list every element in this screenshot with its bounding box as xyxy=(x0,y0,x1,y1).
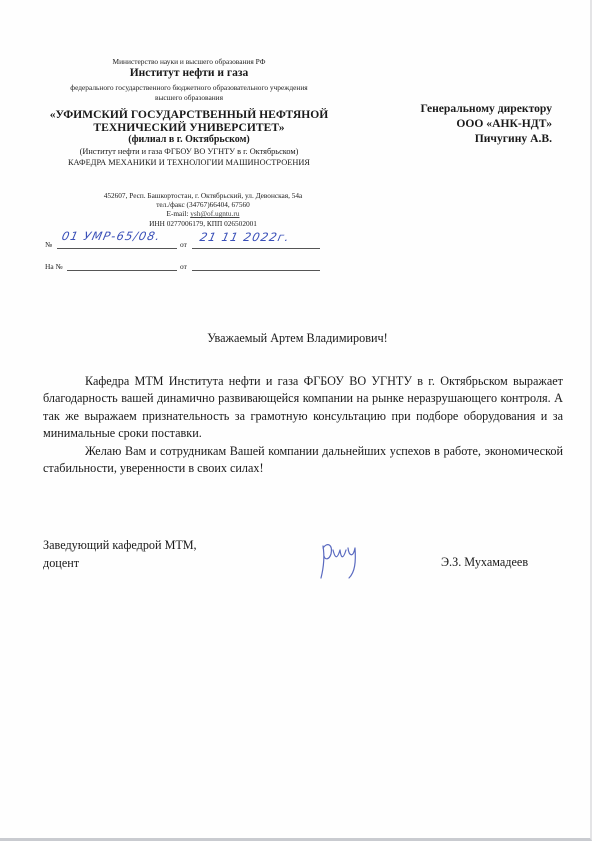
federal-line-1: федерального государственного бюджетного… xyxy=(36,83,342,93)
date-label: от xyxy=(180,240,187,249)
reply-date-field xyxy=(192,258,320,271)
address: 452607, Респ. Башкортостан, г. Октябрьск… xyxy=(58,191,348,200)
institute-name: Институт нефти и газа xyxy=(36,67,342,79)
signature-icon xyxy=(315,532,375,582)
university-line-2: ТЕХНИЧЕСКИЙ УНИВЕРСИТЕТ» xyxy=(36,121,342,134)
reply-number-field xyxy=(67,258,177,271)
letter-page: Министерство науки и высшего образования… xyxy=(0,0,592,841)
number-label: № xyxy=(45,240,52,249)
body-paragraph: Кафедра МТМ Института нефти и газа ФГБОУ… xyxy=(43,373,563,443)
federal-line-2: высшего образования xyxy=(36,93,342,103)
email-link[interactable]: ysh@of.ugntu.ru xyxy=(190,209,239,218)
federal-institution-line: федерального государственного бюджетного… xyxy=(36,83,342,102)
signatory-position: Заведующий кафедрой МТМ, xyxy=(43,537,197,555)
signatory-title: Заведующий кафедрой МТМ, доцент xyxy=(43,537,197,572)
body-paragraph: Желаю Вам и сотрудникам Вашей компании д… xyxy=(43,443,563,478)
inn-kpp: ИНН 0277006179, КПП 026502001 xyxy=(58,219,348,228)
phone-fax: тел./факс (34767)66404, 67560 xyxy=(58,200,348,209)
letter-body: Кафедра МТМ Института нефти и газа ФГБОУ… xyxy=(43,373,563,477)
university-line-1: «УФИМСКИЙ ГОСУДАРСТВЕННЫЙ НЕФТЯНОЙ xyxy=(36,108,342,121)
handwritten-date: 21 11 2022г. xyxy=(199,230,292,244)
addressee-company: ООО «АНК-НДТ» xyxy=(420,116,552,131)
addressee-name: Пичугину А.В. xyxy=(420,131,552,146)
ministry-line: Министерство науки и высшего образования… xyxy=(36,57,342,66)
department-name: КАФЕДРА МЕХАНИКИ И ТЕХНОЛОГИИ МАШИНОСТРО… xyxy=(36,158,342,167)
email-label: E-mail: xyxy=(166,209,190,218)
reply-date-label: от xyxy=(180,262,187,271)
addressee-position: Генеральному директору xyxy=(420,101,552,116)
signatory-name: Э.З. Мухамадеев xyxy=(441,555,528,570)
reply-number-label: На № xyxy=(45,262,63,271)
branch-name: (филиал в г. Октябрьском) xyxy=(36,134,342,145)
salutation: Уважаемый Артем Владимирович! xyxy=(0,331,595,346)
contact-block: 452607, Респ. Башкортостан, г. Октябрьск… xyxy=(58,191,348,228)
email-line: E-mail: ysh@of.ugntu.ru xyxy=(58,209,348,218)
handwritten-number: 01 УМР-65/08. xyxy=(61,229,163,243)
university-name: «УФИМСКИЙ ГОСУДАРСТВЕННЫЙ НЕФТЯНОЙ ТЕХНИ… xyxy=(36,108,342,134)
addressee-block: Генеральному директору ООО «АНК-НДТ» Пич… xyxy=(420,101,552,146)
signatory-rank: доцент xyxy=(43,555,197,573)
reply-number-row: На № от xyxy=(45,259,320,271)
short-name: (Институт нефти и газа ФГБОУ ВО УГНТУ в … xyxy=(36,147,342,156)
